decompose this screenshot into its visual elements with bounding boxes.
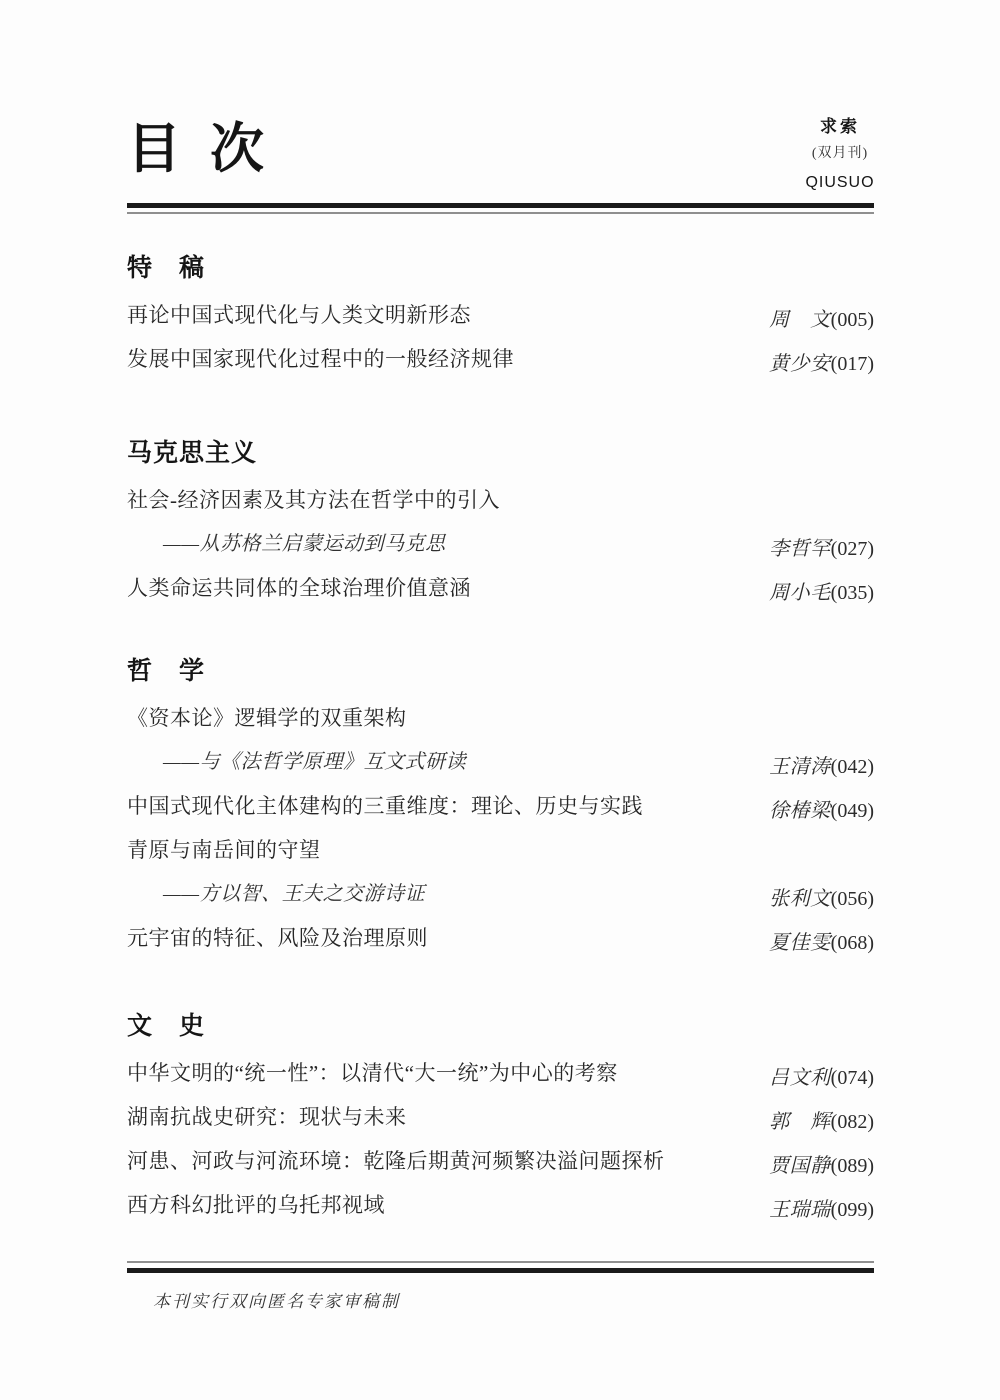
toc-section: 马克思主义社会-经济因素及其方法在哲学中的引入——从苏格兰启蒙运动到马克思李哲罕… [127, 440, 874, 620]
article-title: 再论中国式现代化与人类文明新形态 [127, 303, 471, 327]
article-author-page: 徐椿梁(049) [749, 794, 874, 823]
toc-entry: 再论中国式现代化与人类文明新形态周 文(005) [127, 303, 874, 347]
toc-entry: 中华文明的“统一性”：以清代“大一统”为中心的考察吕文利(074) [127, 1061, 874, 1105]
article-page-number: (099) [831, 1199, 874, 1221]
article-author-page: 贾国静(089) [749, 1149, 874, 1178]
article-subtitle: ——方以智、王夫之交游诗证 [163, 882, 425, 906]
toc-entry: 社会-经济因素及其方法在哲学中的引入 [127, 488, 874, 532]
toc-entry-subtitle: ——方以智、王夫之交游诗证张利文(056) [127, 882, 874, 926]
article-author-page: 王清涛(042) [749, 750, 874, 779]
article-author: 张利文 [769, 888, 831, 910]
toc-entry: 《资本论》逻辑学的双重架构 [127, 706, 874, 750]
article-author-page: 黄少安(017) [749, 347, 874, 376]
article-author-page: 李哲罕(027) [749, 532, 874, 561]
toc-entry-subtitle: ——与《法哲学原理》互文式研读王清涛(042) [127, 750, 874, 794]
article-author-page: 周小毛(035) [749, 576, 874, 605]
article-author: 夏佳雯 [769, 932, 831, 954]
article-author: 黄少安 [769, 353, 831, 375]
article-title: 社会-经济因素及其方法在哲学中的引入 [127, 488, 500, 512]
toc-entry: 人类命运共同体的全球治理价值意涵周小毛(035) [127, 576, 874, 620]
article-page-number: (005) [831, 309, 874, 331]
article-page-number: (017) [831, 353, 874, 375]
article-subtitle: ——从苏格兰启蒙运动到马克思 [163, 532, 446, 556]
journal-name: 求索 [770, 114, 910, 140]
article-page-number: (056) [831, 888, 874, 910]
article-title: 河患、河政与河流环境：乾隆后期黄河频繁决溢问题探析 [127, 1149, 665, 1173]
article-title: 青原与南岳间的守望 [127, 838, 321, 862]
section-articles: 《资本论》逻辑学的双重架构——与《法哲学原理》互文式研读王清涛(042)中国式现… [127, 706, 874, 970]
header-rule-thick [127, 203, 874, 208]
article-author: 周小毛 [769, 582, 831, 604]
article-author: 周 文 [769, 309, 831, 331]
toc-title: 目 次 [127, 118, 265, 180]
journal-masthead: 求索 (双月刊) QIUSUO [770, 114, 910, 198]
toc-section: 哲 学《资本论》逻辑学的双重架构——与《法哲学原理》互文式研读王清涛(042)中… [127, 658, 874, 970]
section-articles: 再论中国式现代化与人类文明新形态周 文(005)发展中国家现代化过程中的一般经济… [127, 303, 874, 391]
article-page-number: (082) [831, 1111, 874, 1133]
article-title: 中华文明的“统一性”：以清代“大一统”为中心的考察 [127, 1061, 618, 1085]
section-title: 哲 学 [127, 658, 874, 684]
article-page-number: (068) [831, 932, 874, 954]
toc-entry: 青原与南岳间的守望 [127, 838, 874, 882]
article-author-page: 吕文利(074) [749, 1061, 874, 1090]
article-author-page: 周 文(005) [749, 303, 874, 332]
article-author: 徐椿梁 [769, 800, 831, 822]
article-author-page: 张利文(056) [749, 882, 874, 911]
section-title: 马克思主义 [127, 440, 874, 466]
article-author: 郭 辉 [769, 1111, 831, 1133]
article-title: 元宇宙的特征、风险及治理原则 [127, 926, 428, 950]
toc-page: 目 次 求索 (双月刊) QIUSUO 特 稿再论中国式现代化与人类文明新形态周… [0, 0, 1000, 1400]
footer-rule-thick [127, 1268, 874, 1273]
section-articles: 中华文明的“统一性”：以清代“大一统”为中心的考察吕文利(074)湖南抗战史研究… [127, 1061, 874, 1237]
article-author: 王清涛 [769, 756, 831, 778]
article-author: 贾国静 [769, 1155, 831, 1177]
article-page-number: (049) [831, 800, 874, 822]
toc-section: 文 史中华文明的“统一性”：以清代“大一统”为中心的考察吕文利(074)湖南抗战… [127, 1013, 874, 1237]
article-author-page: 夏佳雯(068) [749, 926, 874, 955]
section-articles: 社会-经济因素及其方法在哲学中的引入——从苏格兰启蒙运动到马克思李哲罕(027)… [127, 488, 874, 620]
toc-entry: 湖南抗战史研究：现状与未来郭 辉(082) [127, 1105, 874, 1149]
article-page-number: (027) [831, 538, 874, 560]
toc-section: 特 稿再论中国式现代化与人类文明新形态周 文(005)发展中国家现代化过程中的一… [127, 255, 874, 391]
toc-entry: 河患、河政与河流环境：乾隆后期黄河频繁决溢问题探析贾国静(089) [127, 1149, 874, 1193]
article-title: 西方科幻批评的乌托邦视域 [127, 1193, 385, 1217]
article-author-page: 郭 辉(082) [749, 1105, 874, 1134]
article-author: 吕文利 [769, 1067, 831, 1089]
toc-entry: 元宇宙的特征、风险及治理原则夏佳雯(068) [127, 926, 874, 970]
article-author-page: 王瑞瑞(099) [749, 1193, 874, 1222]
journal-romanized: QIUSUO [770, 168, 910, 198]
article-title: 《资本论》逻辑学的双重架构 [127, 706, 407, 730]
section-title: 特 稿 [127, 255, 874, 281]
article-page-number: (074) [831, 1067, 874, 1089]
footer-note: 本刊实行双向匿名专家审稿制 [153, 1287, 400, 1312]
toc-sections: 特 稿再论中国式现代化与人类文明新形态周 文(005)发展中国家现代化过程中的一… [127, 214, 874, 1237]
toc-entry: 发展中国家现代化过程中的一般经济规律黄少安(017) [127, 347, 874, 391]
article-page-number: (089) [831, 1155, 874, 1177]
article-author: 王瑞瑞 [769, 1199, 831, 1221]
toc-entry-subtitle: ——从苏格兰启蒙运动到马克思李哲罕(027) [127, 532, 874, 576]
article-subtitle: ——与《法哲学原理》互文式研读 [163, 750, 466, 774]
article-author: 李哲罕 [769, 538, 831, 560]
article-title: 发展中国家现代化过程中的一般经济规律 [127, 347, 514, 371]
journal-frequency: (双月刊) [770, 140, 910, 168]
article-page-number: (042) [831, 756, 874, 778]
toc-entry: 中国式现代化主体建构的三重维度：理论、历史与实践徐椿梁(049) [127, 794, 874, 838]
article-title: 中国式现代化主体建构的三重维度：理论、历史与实践 [127, 794, 643, 818]
article-page-number: (035) [831, 582, 874, 604]
toc-entry: 西方科幻批评的乌托邦视域王瑞瑞(099) [127, 1193, 874, 1237]
section-title: 文 史 [127, 1013, 874, 1039]
article-title: 湖南抗战史研究：现状与未来 [127, 1105, 407, 1129]
footer-rule-thin [127, 1261, 874, 1263]
article-title: 人类命运共同体的全球治理价值意涵 [127, 576, 471, 600]
